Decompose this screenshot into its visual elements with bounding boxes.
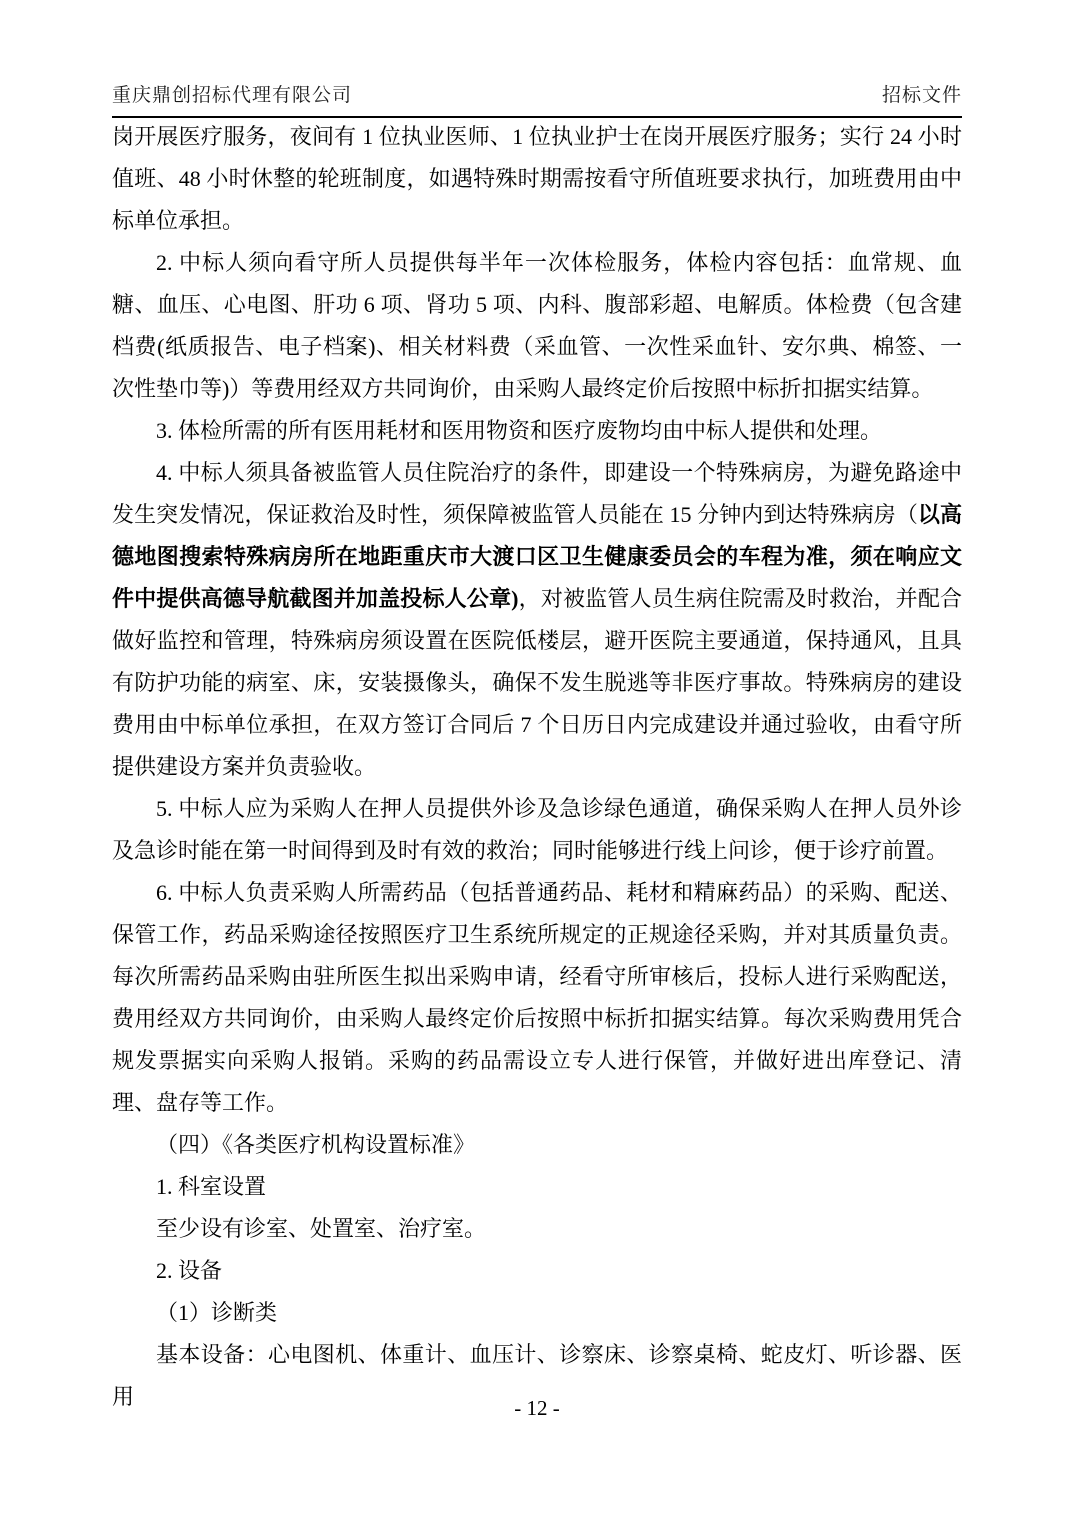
page-header: 重庆鼎创招标代理有限公司 招标文件 [112,80,962,118]
paragraph: 5. 中标人应为采购人在押人员提供外诊及急诊绿色通道，确保采购人在押人员外诊及急… [112,788,962,872]
text-run: 2. 中标人须向看守所人员提供每半年一次体检服务，体检内容包括：血常规、血糖、血… [112,250,962,401]
paragraph: 至少设有诊室、处置室、治疗室。 [112,1208,962,1250]
text-run: 至少设有诊室、处置室、治疗室。 [156,1216,486,1241]
header-doc-type: 招标文件 [882,80,962,107]
text-run: 4. 中标人须具备被监管人员住院治疗的条件，即建设一个特殊病房，为避免路途中发生… [112,460,962,527]
paragraph: 3. 体检所需的所有医用耗材和医用物资和医疗废物均由中标人提供和处理。 [112,410,962,452]
document-page: 重庆鼎创招标代理有限公司 招标文件 岗开展医疗服务，夜间有 1 位执业医师、1 … [0,0,1074,1520]
page-footer: - 12 - [0,1396,1074,1421]
header-company-name: 重庆鼎创招标代理有限公司 [112,80,352,107]
text-run: 1. 科室设置 [156,1174,266,1199]
text-run: 5. 中标人应为采购人在押人员提供外诊及急诊绿色通道，确保采购人在押人员外诊及急… [112,796,962,863]
paragraph: （四）《各类医疗机构设置标准》 [112,1124,962,1166]
paragraph: 2. 设备 [112,1250,962,1292]
paragraph: 岗开展医疗服务，夜间有 1 位执业医师、1 位执业护士在岗开展医疗服务；实行 2… [112,116,962,242]
text-run: （1）诊断类 [156,1300,277,1325]
paragraph: 1. 科室设置 [112,1166,962,1208]
paragraph: 2. 中标人须向看守所人员提供每半年一次体检服务，体检内容包括：血常规、血糖、血… [112,242,962,410]
document-body: 岗开展医疗服务，夜间有 1 位执业医师、1 位执业护士在岗开展医疗服务；实行 2… [112,116,962,1418]
paragraph: 6. 中标人负责采购人所需药品（包括普通药品、耗材和精麻药品）的采购、配送、保管… [112,872,962,1124]
text-run: 6. 中标人负责采购人所需药品（包括普通药品、耗材和精麻药品）的采购、配送、保管… [112,880,962,1115]
text-run: 岗开展医疗服务，夜间有 1 位执业医师、1 位执业护士在岗开展医疗服务；实行 2… [112,124,962,233]
paragraph: （1）诊断类 [112,1292,962,1334]
text-run: 3. 体检所需的所有医用耗材和医用物资和医疗废物均由中标人提供和处理。 [156,418,882,443]
page-number: - 12 - [514,1396,560,1420]
text-run: ，对被监管人员生病住院需及时救治，并配合做好监控和管理，特殊病房须设置在医院低楼… [112,586,962,779]
text-run: 2. 设备 [156,1258,222,1283]
paragraph: 4. 中标人须具备被监管人员住院治疗的条件，即建设一个特殊病房，为避免路途中发生… [112,452,962,788]
text-run: （四）《各类医疗机构设置标准》 [156,1132,475,1157]
